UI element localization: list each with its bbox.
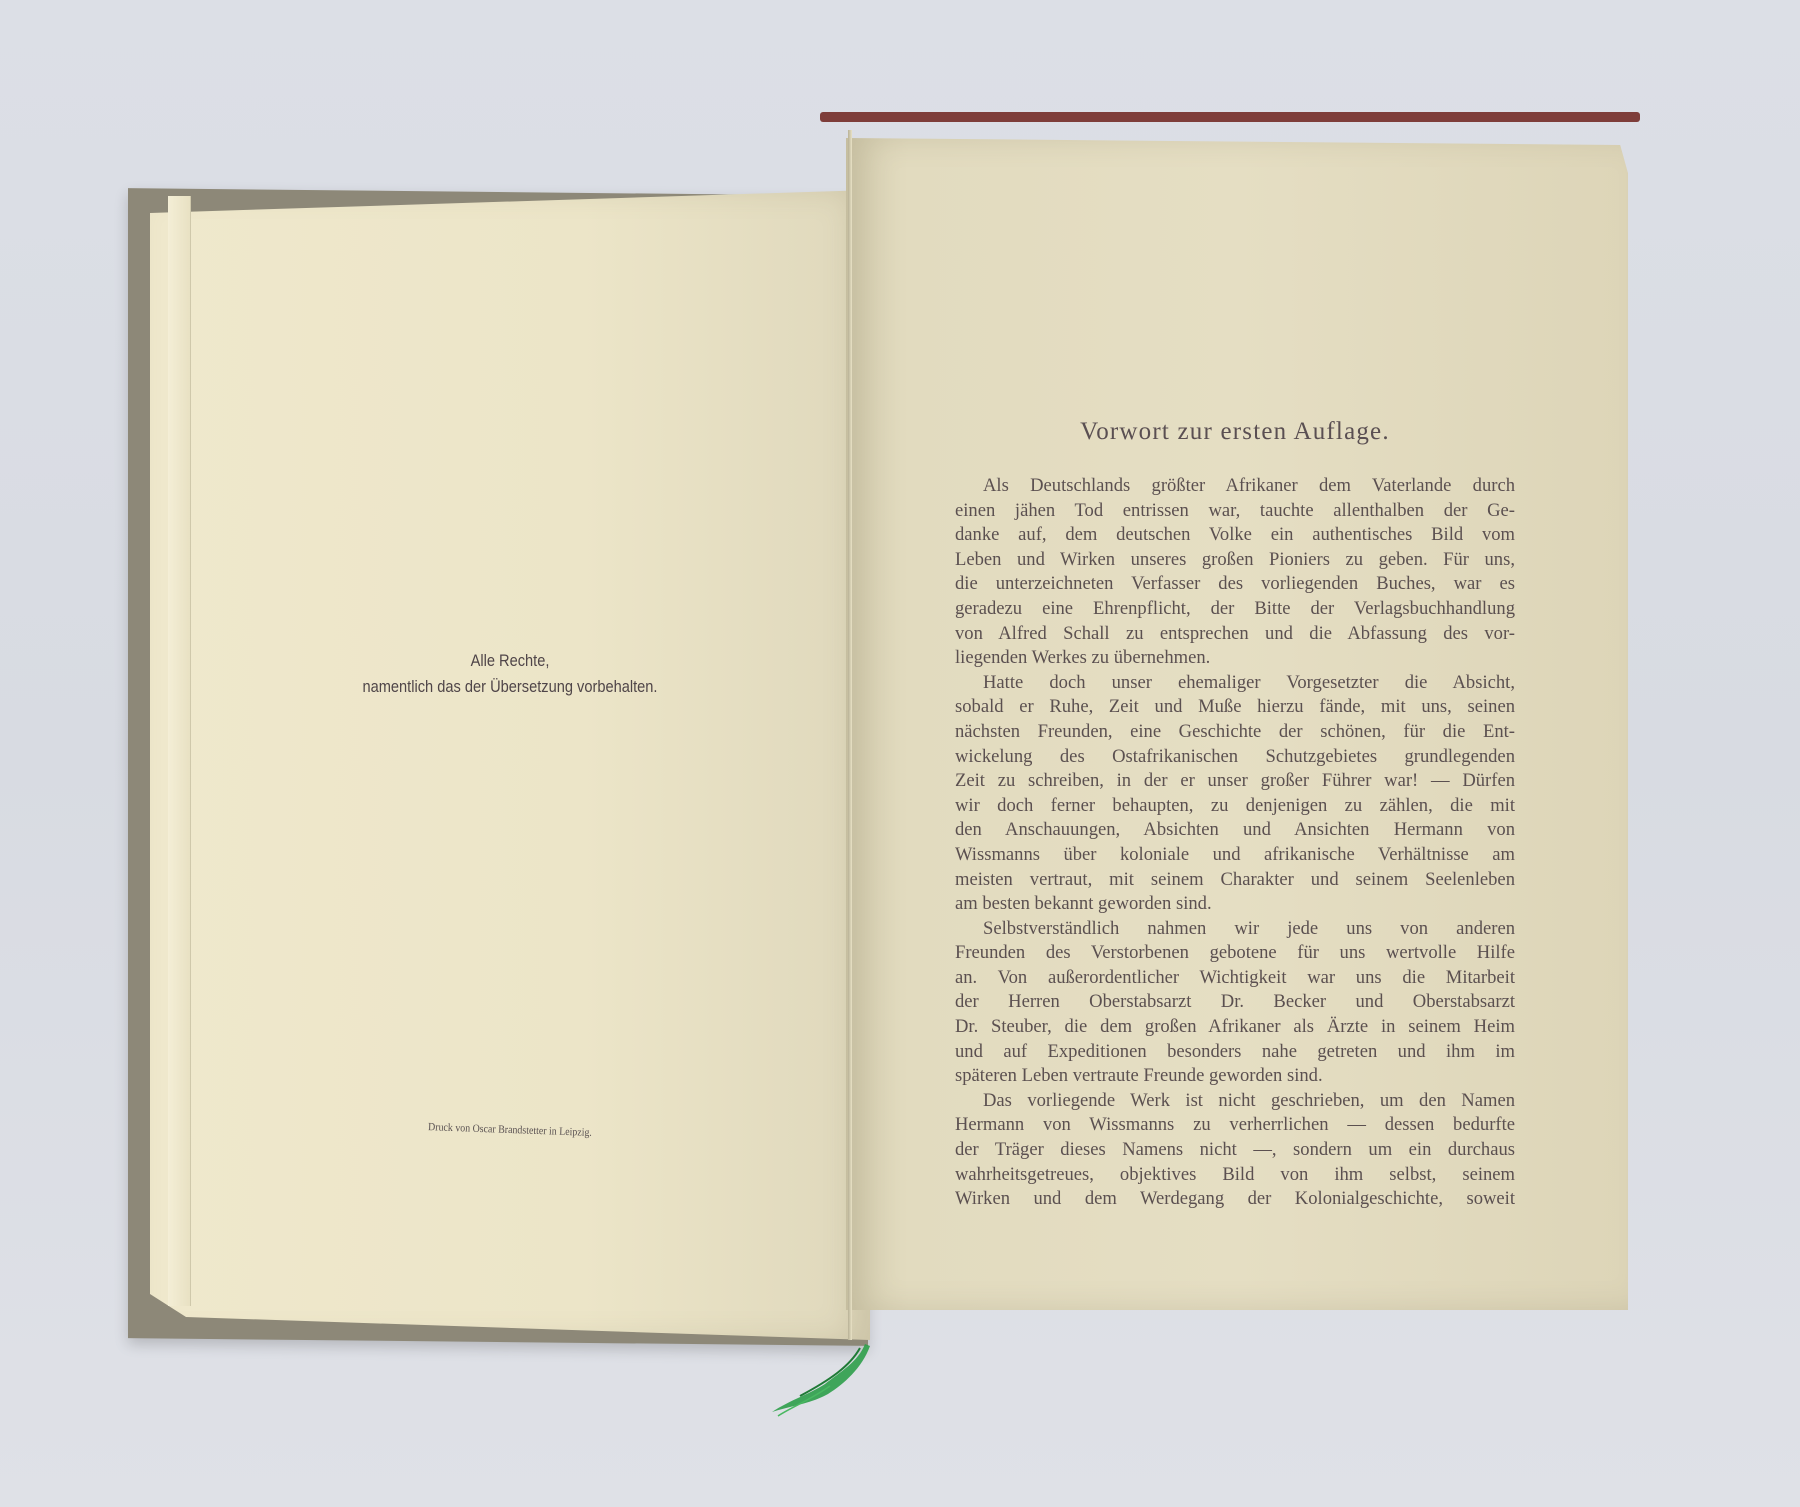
text-line: Leben und Wirken unseres großen Pioniers… [955,548,1515,573]
foreword-paragraph: Selbstverständlich nahmen wir jede uns v… [955,917,1515,1089]
bookmark-ribbon-icon [770,1342,880,1422]
text-line: wir doch ferner behaupten, zu denjenigen… [955,794,1515,819]
text-line: Zeit zu schreiben, in der er unser große… [955,769,1515,794]
rights-line-1: Alle Rechte, [321,648,699,674]
text-line: an. Von außerordentlicher Wichtigkeit wa… [955,966,1515,991]
left-page [150,190,870,1340]
text-line: die unterzeichneten Verfasser des vorlie… [955,572,1515,597]
foreword-paragraph: Hatte doch unser ehemaliger Vorgesetzter… [955,671,1515,917]
text-line: einen jähen Tod entrissen war, tauchte a… [955,499,1515,524]
text-line: Hatte doch unser ehemaliger Vorgesetzter… [955,671,1515,696]
text-line: und auf Expeditionen besonders nahe getr… [955,1040,1515,1065]
text-line: nächsten Freunden, eine Geschichte der s… [955,720,1515,745]
rights-notice: Alle Rechte, namentlich das der Übersetz… [321,648,699,700]
text-line: geradezu eine Ehrenpflicht, der Bitte de… [955,597,1515,622]
foreword-paragraph: Das vorliegende Werk ist nicht geschrieb… [955,1089,1515,1212]
text-line: meisten vertraut, mit seinem Charakter u… [955,868,1515,893]
text-line: Wissmanns über koloniale und afrikanisch… [955,843,1515,868]
text-line: Das vorliegende Werk ist nicht geschrieb… [955,1089,1515,1114]
text-line: Hermann von Wissmanns zu verherrlichen —… [955,1113,1515,1138]
text-line: Dr. Steuber, die dem großen Afrikaner al… [955,1015,1515,1040]
text-line: Selbstverständlich nahmen wir jede uns v… [955,917,1515,942]
text-line: wahrheitsgetreues, objektives Bild von i… [955,1163,1515,1188]
text-line: Freunden des Verstorbenen gebotene für u… [955,941,1515,966]
foreword-title: Vorwort zur ersten Auflage. [955,418,1515,446]
left-page-stack-edge [168,196,191,1306]
book-gutter [848,130,852,1340]
text-line: wickelung des Ostafrikanischen Schutzgeb… [955,745,1515,770]
foreword-paragraph: Als Deutschlands größter Afrikaner dem V… [955,474,1515,671]
foreword: Vorwort zur ersten Auflage. Als Deutschl… [955,418,1515,1212]
book-cover-top-edge [820,112,1640,122]
text-line: der Träger dieses Namens nicht —, sonder… [955,1138,1515,1163]
text-line: späteren Leben vertraute Freunde geworde… [955,1064,1515,1089]
text-line: Als Deutschlands größter Afrikaner dem V… [955,474,1515,499]
text-line: von Alfred Schall zu entsprechen und die… [955,622,1515,647]
text-line: sobald er Ruhe, Zeit und Muße hierzu fän… [955,695,1515,720]
text-line: am besten bekannt geworden sind. [955,892,1515,917]
rights-line-2: namentlich das der Übersetzung vorbehalt… [321,674,699,700]
text-line: danke auf, dem deutschen Volke ein authe… [955,523,1515,548]
foreword-body: Als Deutschlands größter Afrikaner dem V… [955,474,1515,1212]
text-line: liegenden Werkes zu übernehmen. [955,646,1515,671]
text-line: Wirken und dem Werdegang der Kolonialges… [955,1187,1515,1212]
text-line: den Anschauungen, Absichten und Ansichte… [955,818,1515,843]
text-line: der Herren Oberstabsarzt Dr. Becker und … [955,990,1515,1015]
